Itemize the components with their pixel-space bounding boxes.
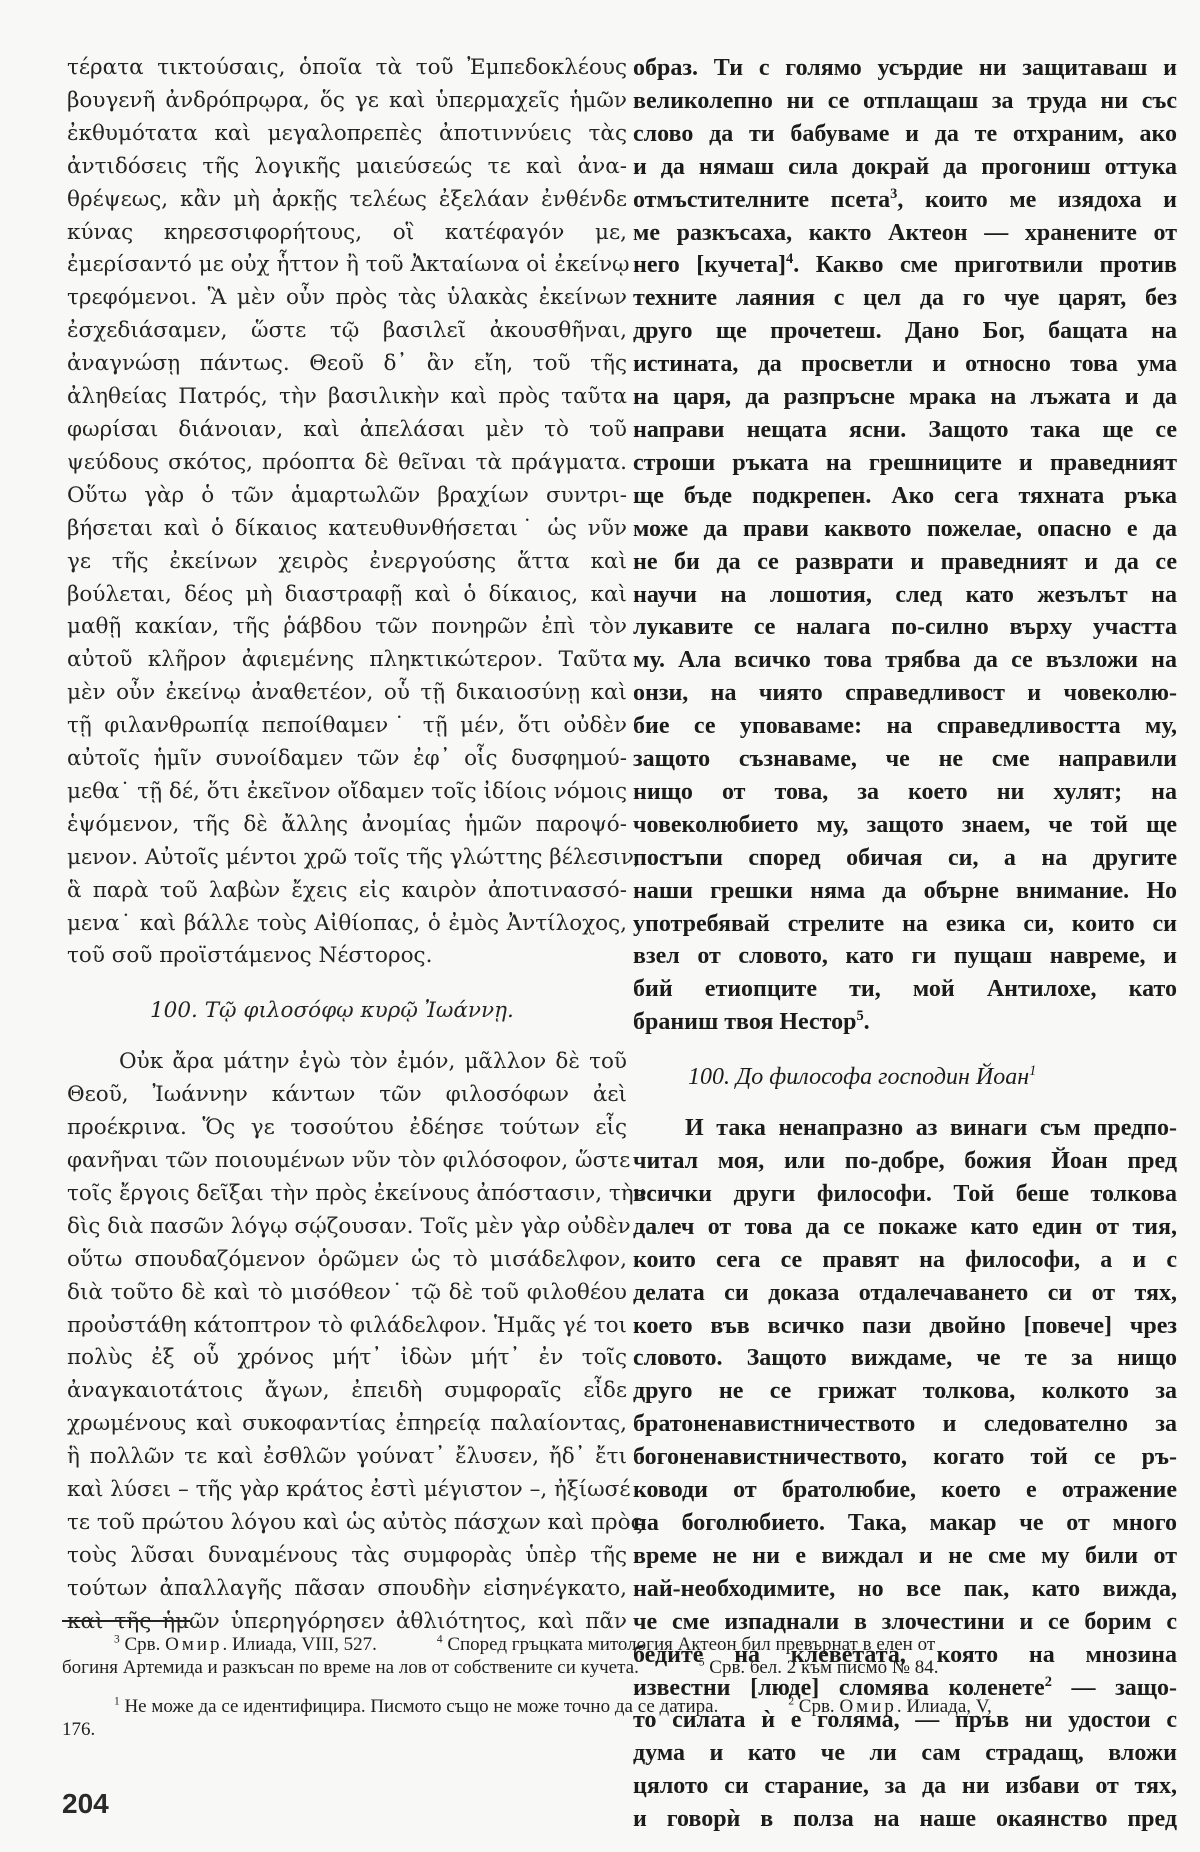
text-line: οὕτω σπουδαζόμενον ὁρῶμεν ὡς τὸ μισάδελφ… [67, 1244, 627, 1277]
text-line: техните лаяния с цел да го чуе царят, бе… [633, 282, 1177, 315]
text-line: нищо от това, за което ни хулят; на [633, 776, 1177, 809]
bulgarian-column: образ. Ти с голямо усърдие ни защитаваш … [633, 52, 1177, 1836]
text-line: τρεφόμενοι. Ἃ μὲν οὖν πρὸς τὰς ὑλακὰς ἐκ… [67, 282, 627, 315]
text-line: друго не се грижат толкова, колкото за [633, 1375, 1177, 1408]
text-line: ἣ πολλῶν τε καὶ ἐσθλῶν γούνατ᾽ ἔλυσεν, ἤ… [67, 1441, 627, 1474]
text-line: направи нещата ясни. Защото така ще се [633, 414, 1177, 447]
text-line: цялото си старание, за да ни избави от т… [633, 1770, 1177, 1803]
text-line: αὐτοῖς ἡμῖν συνοίδαμεν τῶν ἐφ᾽ οἷς δυσφη… [67, 743, 627, 776]
greek-column: τέρατα τικτούσαις, ὁποῖα τὰ τοῦ Ἐμπεδοκλ… [67, 52, 627, 1639]
text-line: φωρίσαι διάνοιαν, καὶ ἀπελάσαι μὲν τὸ το… [67, 414, 627, 447]
text-line: строши ръката на грешниците и праведният [633, 447, 1177, 480]
text-line: браниш твоя Нестор5. [633, 1006, 1177, 1039]
text-line: бие се уповаваме: на справедливостта му, [633, 710, 1177, 743]
text-line: Θεοῦ, Ἰωάννην κάντων τῶν φιλοσόφων ἀεὶ [67, 1079, 627, 1112]
text-line: богоненавистничеството, когато той се ръ… [633, 1441, 1177, 1474]
text-line: βήσεται καὶ ὁ δίκαιος κατευθυνθήσεται˙ ὡ… [67, 513, 627, 546]
text-line: образ. Ти с голямо усърдие ни защитаваш … [633, 52, 1177, 85]
text-line: μενον. Αὐτοῖς μέντοι χρῶ τοῖς τῆς γλώττη… [67, 842, 627, 875]
text-line: бий етиопците ти, мой Антилохе, като [633, 973, 1177, 1006]
text-line: μενα˙ καὶ βάλλε τοὺς Αἰθίοπας, ὁ ἐμὸς Ἀν… [67, 908, 627, 941]
text-line: μεθα˙ τῇ δέ, ὅτι ἐκεῖνον οἴδαμεν τοῖς ἰδ… [67, 776, 627, 809]
text-line: καὶ λύσει – τῆς γὰρ κράτος ἐστὶ μέγιστον… [67, 1474, 627, 1507]
text-line: слово да ти бабуваме и да те отхраним, а… [633, 118, 1177, 151]
text-line: κύνας κηρεσσιφορήτους, οἳ κατέφαγόν με, [67, 217, 627, 250]
author-name: Омир [165, 1634, 222, 1655]
greek-paragraph-2: Οὐκ ἄρα μάτην ἐγὼ τὸν ἐμόν, μᾶλλον δὲ το… [67, 1046, 627, 1638]
text-line: ἑψόμενον, τῆς δὲ ἄλλης ἀνομίας ἡμῶν παρο… [67, 809, 627, 842]
text-line: μὲν οὖν ἐκείνῳ ἀναθετέον, οὗ τῇ δικαιοσύ… [67, 677, 627, 710]
text-line: словото. Защото виждаме, че те за нищо [633, 1342, 1177, 1375]
letter-heading-greek: 100. Τῷ φιλοσόφῳ κυρῷ Ἰωάννῃ. [67, 995, 627, 1028]
text-line: дума и като че ли сам страдащ, вложи [633, 1737, 1177, 1770]
text-line: βούλεται, δέος μὴ διαστραφῇ καὶ ὁ δίκαιο… [67, 579, 627, 612]
text-line: постъпи според обичая си, а на другите [633, 842, 1177, 875]
footnote-line: 176. [62, 1718, 1172, 1741]
footnote-mark-1: 1 [114, 1696, 120, 1708]
bulgarian-paragraph-1: образ. Ти с голямо усърдие ни защитаваш … [633, 52, 1177, 1039]
text-line: му. Ала всичко това трябва да се възложи… [633, 644, 1177, 677]
text-line: χρωμένους καὶ συκοφαντίας ἐπηρείᾳ παλαίο… [67, 1408, 627, 1441]
footnote-mark-2: 2 [788, 1696, 794, 1708]
text-line: τοῖς ἔργοις δεῖξαι τὴν πρὸς ἐκείνους ἀπό… [67, 1178, 627, 1211]
text-line: βουγενῆ ἀνδρόπρῳρα, ὅς γε καὶ ὑπερμαχεῖς… [67, 85, 627, 118]
text-line: защото съзнаваме, че не сме направили [633, 743, 1177, 776]
footnote-line: богиня Артемида и разкъсан по време на л… [62, 1656, 1172, 1679]
text-line: ψεύδους σκότος, πρόοπτα δὲ θεῖναι τὰ πρά… [67, 447, 627, 480]
text-line: μαθῇ κακίαν, τῆς ῥάβδου τῶν πονηρῶν ἐπὶ … [67, 611, 627, 644]
footnote-mark-5: 5 [699, 1657, 705, 1669]
author-name: Омир [839, 1696, 896, 1717]
text-line: всички други философи. Той беше толкова [633, 1178, 1177, 1211]
text-line: ἀναγκαιοτάτοις ἄγων, ἐπειδὴ συμφοραῖς εἶ… [67, 1375, 627, 1408]
text-line: ще бъде подкрепен. Ако сега тяхната ръка [633, 480, 1177, 513]
footnote-mark-3: 3 [114, 1634, 120, 1646]
text-line: което във всичко пази двойно [повече] чр… [633, 1310, 1177, 1343]
text-line: αὐτοῦ κλῆρον ἀφιεμένης πληκτικώτερον. Τα… [67, 644, 627, 677]
greek-paragraph-1: τέρατα τικτούσαις, ὁποῖα τὰ τοῦ Ἐμπεδοκλ… [67, 52, 627, 973]
text-line: великолепно ни се отплащаш за труда ни с… [633, 85, 1177, 118]
text-line: γε τῆς ἐκείνων χειρὸς ἐνεργούσης ἅττα κα… [67, 546, 627, 579]
text-line: наши грешки няма да обърне внимание. Но [633, 875, 1177, 908]
text-line: πολὺς ἐξ οὗ χρόνος μήτ᾽ ἰδὼν μήτ᾽ ἐν τοῖ… [67, 1342, 627, 1375]
text-line: най-необходимите, но все пак, като вижда… [633, 1573, 1177, 1606]
text-line: на боголюбието. Така, макар че от много [633, 1507, 1177, 1540]
footnote-ref-5[interactable]: 5 [856, 1008, 863, 1024]
text-line: τῇ φιλανθρωπίᾳ πεποίθαμεν˙ τῇ μέν, ὅτι ο… [67, 710, 627, 743]
page-number: 204 [62, 1788, 109, 1820]
text-line: τοὺς λῦσαι δυναμένους τὰς συμφορὰς ὑπὲρ … [67, 1540, 627, 1573]
text-line: онзи, на чиято справедливост и човеколю- [633, 677, 1177, 710]
text-line: не би да се разврати и праведният и да с… [633, 546, 1177, 579]
footnote-line: 3 Срв. Омир. Илиада, VIII, 527.4 Според … [62, 1633, 1172, 1656]
text-line: читал моя, или по-добре, божия Йоан пред [633, 1145, 1177, 1178]
text-line: време не ни е виждал и не сме му били от [633, 1540, 1177, 1573]
text-line: истината, да просветли и относно това ум… [633, 348, 1177, 381]
text-line: лукавите се налага по-силно върху участт… [633, 611, 1177, 644]
text-line: προὐστάθη κάτοπτρον τὸ φιλάδελφον. Ἡμᾶς … [67, 1310, 627, 1343]
text-line: τε τοῦ πρώτου λόγου καὶ ὡς αὐτὸς πάσχων … [67, 1507, 627, 1540]
text-line: διὰ τοῦτο δὲ καὶ τὸ μισόθεον˙ τῷ δὲ τοῦ … [67, 1277, 627, 1310]
text-line: ме разкъсаха, както Актеон — хранените о… [633, 217, 1177, 250]
text-line: взел от словото, като ги пущаш навреме, … [633, 940, 1177, 973]
text-line: на царя, да разпръсне мрака на лъжата и … [633, 381, 1177, 414]
text-line: и да нямаш сила докрай да прогониш оттук… [633, 151, 1177, 184]
text-line: делата си доказа отдалечаването си от тя… [633, 1277, 1177, 1310]
text-line: φανῆναι τῶν ποιουμένων νῦν τὸν φιλόσοφον… [67, 1145, 627, 1178]
text-line: отмъстителните псета3, които ме изядоха … [633, 184, 1177, 217]
text-line: може да прави каквото пожелае, опасно е … [633, 513, 1177, 546]
text-line: τοῦ σοῦ προϊστάμενος Νέστορος. [67, 940, 627, 973]
text-line: научи на лошотия, след като жезълът на [633, 579, 1177, 612]
text-line: ἐμερίσαντό με οὐχ ἧττον ἢ τοῦ Ἀκταίωνα ο… [67, 249, 627, 282]
text-line: Οὐκ ἄρα μάτην ἐγὼ τὸν ἐμόν, μᾶλλον δὲ το… [67, 1046, 627, 1079]
text-line: човеколюбието му, защото знаем, че той щ… [633, 809, 1177, 842]
footnote-separator [62, 1620, 190, 1622]
text-line: които сега се правят на философи, а и с [633, 1244, 1177, 1277]
text-line: друго ще прочетеш. Дано Бог, бащата на [633, 315, 1177, 348]
text-line: и говорѝ в полза на наше окаянство пред [633, 1803, 1177, 1836]
footnote-line: 1 Не може да се идентифицира. Писмото съ… [62, 1695, 1172, 1718]
footnotes-block-a: 3 Срв. Омир. Илиада, VIII, 527.4 Според … [62, 1633, 1172, 1679]
footnotes-block-b: 1 Не може да се идентифицира. Писмото съ… [62, 1695, 1172, 1741]
text-line: ἐσχεδιάσαμεν, ὥστε τῷ βασιλεῖ ἀκουσθῆναι… [67, 315, 627, 348]
footnote-ref-1[interactable]: 1 [1029, 1063, 1036, 1079]
text-line: далеч от това да се покаже като един от … [633, 1211, 1177, 1244]
text-line: τούτων ἀπαλλαγῆς πᾶσαν σπουδὴν εἰσηνέγκα… [67, 1573, 627, 1606]
text-line: ἀναγνώσῃ πάντως. Θεοῦ δ᾽ ἂν εἴη, τοῦ τῆς [67, 348, 627, 381]
footnote-mark-4: 4 [437, 1634, 443, 1646]
text-line: него [кучета]4. Какво сме приготвили про… [633, 249, 1177, 282]
text-line: δὶς διὰ πασῶν λόγῳ σῴζουσαν. Τοῖς μὲν γὰ… [67, 1211, 627, 1244]
letter-heading-bulgarian: 100. До философа господин Йоан1 [633, 1061, 1177, 1094]
text-line: братоненавистничеството и следователно з… [633, 1408, 1177, 1441]
text-line: προέκρινα. Ὅς γε τοσούτου ἐδέησε τούτων … [67, 1112, 627, 1145]
text-line: ководи от братолюбие, което е отражение [633, 1474, 1177, 1507]
text-line: И така ненапразно аз винаги съм предпо- [633, 1112, 1177, 1145]
text-line: θρέψεως, κἂν μὴ ἀρκῇς τελέως ἐξελάαν ἐνθ… [67, 184, 627, 217]
text-line: ἀντιδόσεις τῆς λογικῆς μαιεύσεώς τε καὶ … [67, 151, 627, 184]
text-line: ἐκθυμότατα καὶ μεγαλοπρεπὲς ἀποτιννύεις … [67, 118, 627, 151]
text-line: Οὕτω γὰρ ὁ τῶν ἁμαρτωλῶν βραχίων συντρι- [67, 480, 627, 513]
text-line: τέρατα τικτούσαις, ὁποῖα τὰ τοῦ Ἐμπεδοκλ… [67, 52, 627, 85]
text-line: употребявай стрелите на езика си, които … [633, 908, 1177, 941]
text-line: ἃ παρὰ τοῦ λαβὼν ἔχεις εἰς καιρὸν ἀποτιν… [67, 875, 627, 908]
text-line: ἀληθείας Πατρός, τὴν βασιλικὴν καὶ πρὸς … [67, 381, 627, 414]
